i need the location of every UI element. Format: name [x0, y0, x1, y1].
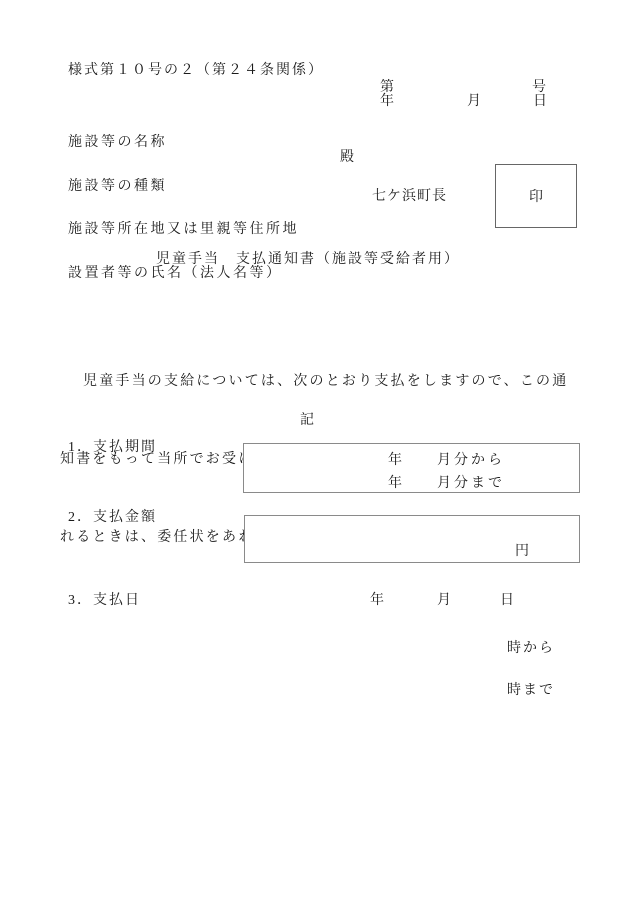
payment-amount-label: 2．支払金額	[68, 510, 157, 526]
seal-label: 印	[529, 186, 543, 206]
ki-marker: 記	[0, 413, 616, 429]
issue-date-month-label: 月	[467, 94, 481, 110]
period-to-year-label: 年	[388, 472, 402, 492]
period-from-year-label: 年	[388, 449, 402, 469]
payment-date-label: 3．支払日	[68, 593, 141, 609]
document-page: 様式第１０号の２（第２４条関係） 第 号 年 月 日 施設等の名称 施設等の種類…	[0, 0, 630, 903]
payment-time-from-label: 時から	[507, 641, 555, 657]
period-from-month-label: 月分から	[437, 449, 505, 469]
issue-date-year-label: 年	[380, 94, 394, 110]
payment-date-month-label: 月	[437, 593, 451, 609]
form-number: 様式第１０号の２（第２４条関係）	[68, 63, 324, 79]
addressee-block: 施設等の名称 施設等の種類 施設等所在地又は里親等住所地 設置者等の氏名（法人名…	[68, 107, 299, 310]
honorific-label: 殿	[340, 150, 354, 166]
amount-unit-label: 円	[515, 540, 529, 560]
payment-period-box: 年 月分から 年 月分まで	[243, 443, 580, 493]
payment-time-to-label: 時まで	[507, 683, 555, 699]
payment-amount-box: 円	[244, 515, 580, 563]
addressee-line-facility-name: 施設等の名称	[68, 136, 299, 151]
payment-date-year-label: 年	[370, 593, 384, 609]
addressee-line-founder-name: 設置者等の氏名（法人名等）	[68, 267, 299, 282]
addressee-line-facility-type: 施設等の種類	[68, 180, 299, 195]
payment-period-label: 1．支払期間	[68, 440, 157, 456]
seal-box: 印	[495, 164, 577, 228]
body-line: 児童手当の支給については、次のとおり支払をしますので、この通	[60, 369, 576, 395]
issue-date-day-label: 日	[533, 94, 547, 110]
addressee-line-facility-address: 施設等所在地又は里親等住所地	[68, 223, 299, 238]
period-to-month-label: 月分まで	[437, 472, 505, 492]
payment-date-day-label: 日	[500, 593, 514, 609]
document-title: 児童手当 支払通知書（施設等受給者用）	[0, 252, 616, 268]
issuer-name: 七ケ浜町長	[372, 189, 447, 205]
